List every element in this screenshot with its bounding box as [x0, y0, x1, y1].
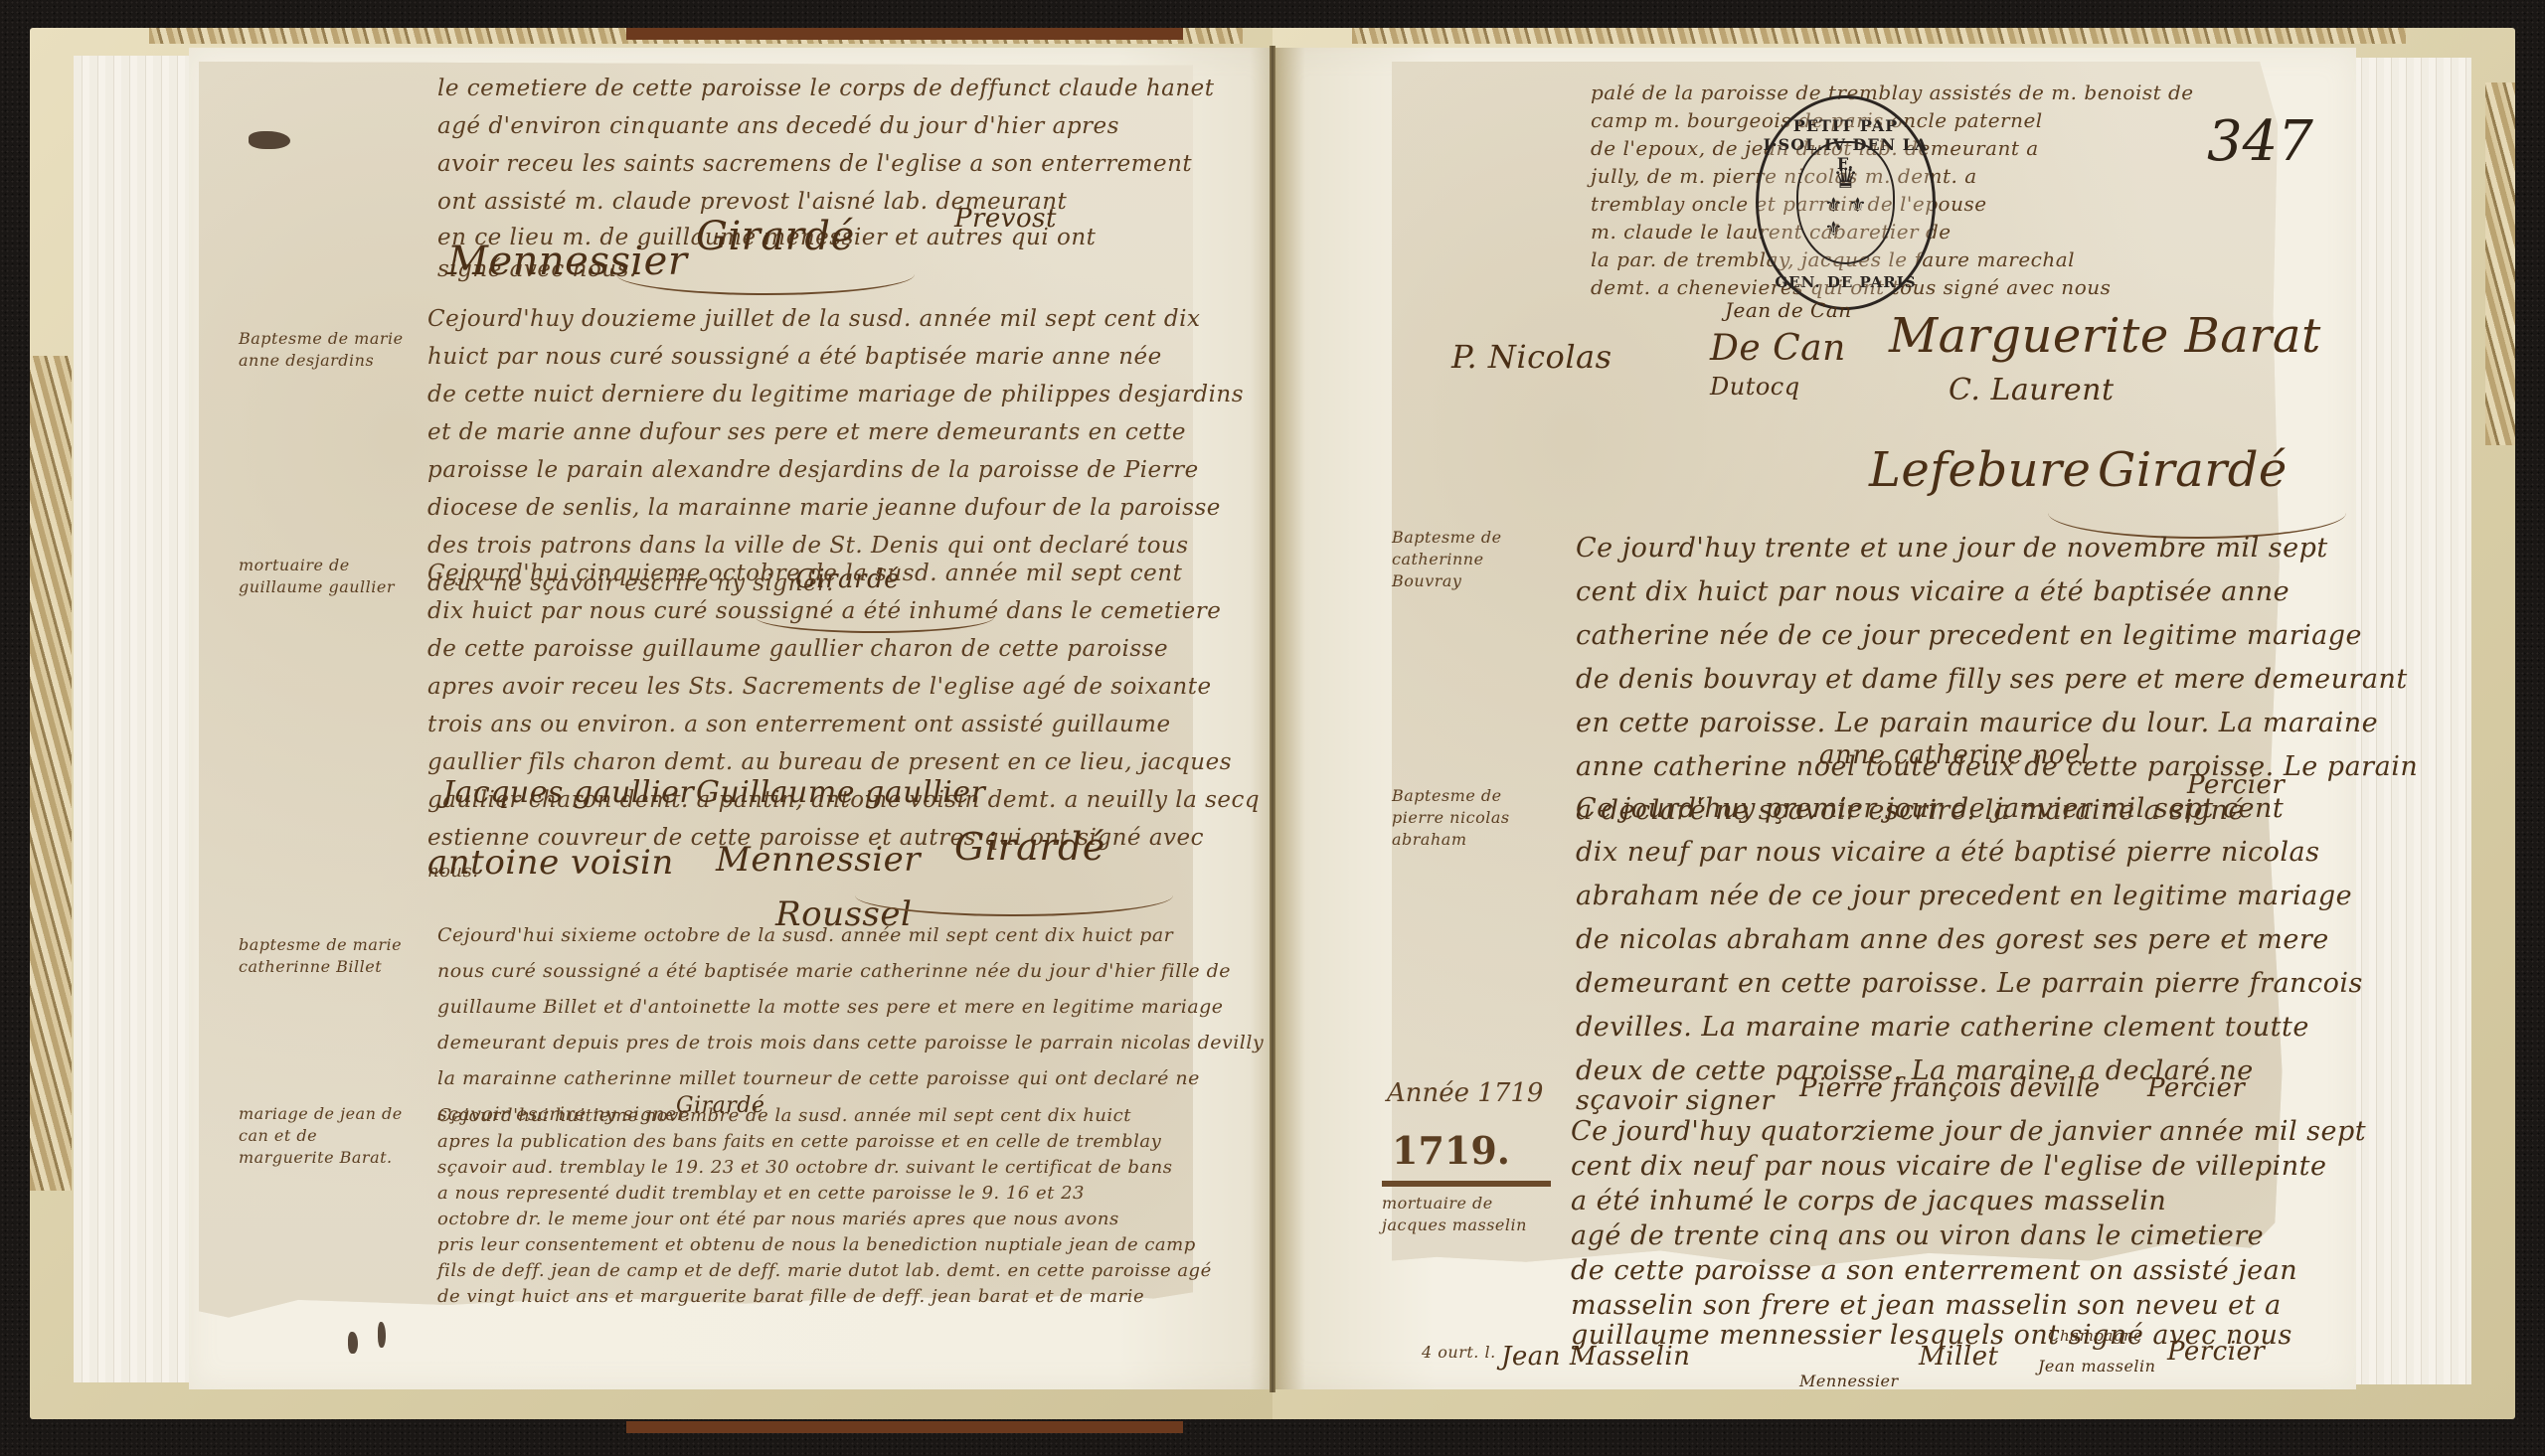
signature: Girardé: [954, 825, 1105, 869]
text-line: de vingt huict ans et marguerite barat f…: [437, 1282, 1144, 1312]
text-line: trois ans ou environ. a son enterrement …: [427, 704, 1171, 745]
signature: Prevost: [954, 204, 1057, 234]
stamp-top-text: PETIT PAP I·SOL.IV DEN LA F.: [1759, 116, 1933, 173]
ink-mark: [348, 1332, 358, 1354]
signature: De Can: [1710, 328, 1846, 369]
signature: Mennessier: [716, 840, 921, 880]
text-line: agé d'environ cinquante ans decedé du jo…: [437, 105, 1119, 147]
marbled-endpaper-top-right: [1352, 28, 2406, 44]
signature: Percier: [2167, 1337, 2265, 1367]
text-line: catherine née de ce jour precedent en le…: [1576, 612, 2362, 660]
text-line: diocese de senlis, la marainne marie jea…: [427, 487, 1221, 529]
text-line: palé de la paroisse de tremblay assistés…: [1591, 78, 2194, 107]
text-line: le cemetiere de cette paroisse le corps …: [437, 68, 1215, 109]
text-line: de cette paroisse guillaume gaullier cha…: [427, 628, 1168, 670]
leather-spine-bottom: [626, 1421, 1183, 1433]
ink-blot: [249, 131, 290, 149]
stamp-bottom-text: GEN. DE PARIS: [1759, 273, 1933, 291]
margin-note: Baptesme de pierre nicolas abraham: [1392, 785, 1541, 851]
leather-spine-top: [626, 28, 1183, 40]
page-stack-left: [74, 56, 194, 1382]
text-line: dix neuf par nous vicaire a été baptisé …: [1576, 829, 2320, 877]
signature: Guillaume gaullier: [696, 775, 985, 810]
signature: Jean masselin: [2038, 1357, 2155, 1375]
signature: Champagne: [2048, 1327, 2143, 1345]
text-line: paroisse le parain alexandre desjardins …: [427, 449, 1199, 491]
margin-note: Baptesme de marie anne desjardins: [239, 328, 418, 372]
signature: Jean Masselin: [1501, 1342, 1690, 1372]
signature: Lefebure: [1869, 442, 2091, 498]
text-line: et de marie anne dufour ses pere et mere…: [427, 411, 1186, 453]
page-number: 347: [2207, 109, 2313, 174]
year-heading: 1719.: [1392, 1128, 1510, 1173]
text-line: huict par nous curé soussigné a été bapt…: [427, 336, 1162, 378]
book-gutter: [1270, 46, 1275, 1392]
text-line: cent dix huict par nous vicaire a été ba…: [1576, 568, 2290, 616]
footnote: 4 ourt. l.: [1422, 1342, 1496, 1364]
text-line: avoir receu les saints sacremens de l'eg…: [437, 143, 1192, 185]
margin-note: mortuaire de guillaume gaullier: [239, 555, 427, 598]
marbled-endpaper-left: [30, 356, 72, 1191]
signature: Jean de Can: [1725, 298, 1852, 322]
text-line: dix huict par nous curé soussigné a été …: [427, 590, 1221, 632]
text-line: abraham née de ce jour precedent en legi…: [1576, 873, 2352, 920]
year-underline: [1382, 1181, 1551, 1187]
signature: anne catherine noel: [1819, 740, 2090, 770]
text-line: Ce jourd'huy trente et une jour de novem…: [1576, 525, 2328, 572]
royal-tax-stamp: PETIT PAP I·SOL.IV DEN LA F. ♛ ⚜ ⚜⚜ GEN.…: [1756, 95, 1936, 310]
text-line: Cejourd'hui cinquieme octobre de la susd…: [427, 553, 1182, 594]
text-line: demeurant en cette paroisse. Le parrain …: [1576, 960, 2363, 1008]
signature-flourish: [616, 253, 915, 295]
margin-note: baptesme de marie catherinne Billet: [239, 934, 413, 978]
margin-note: Baptesme de catherinne Bouvray: [1392, 527, 1551, 592]
text-line: apres avoir receu les Sts. Sacrements de…: [427, 666, 1212, 708]
signature: Millet: [1919, 1342, 1998, 1372]
margin-note: mortuaire de jacques masselin: [1382, 1193, 1551, 1236]
marbled-endpaper-right: [2485, 82, 2515, 445]
signature: Dutocq: [1710, 373, 1800, 401]
signature: Mennessier: [1799, 1372, 1899, 1390]
signature: Percier: [2147, 1073, 2245, 1103]
signature: Marguerite Barat: [1889, 308, 2321, 364]
text-line: Cejourd'huy douzieme juillet de la susd.…: [427, 298, 1200, 340]
text-line: Ce jourd'huy premier jour de janvier mil…: [1576, 785, 2284, 833]
signature: P. Nicolas: [1451, 338, 1612, 376]
signature: Jacques gaullier: [442, 775, 694, 810]
text-line: de denis bouvray et dame filly ses pere …: [1576, 656, 2408, 704]
ink-mark: [378, 1322, 386, 1348]
text-line: de nicolas abraham anne des gorest ses p…: [1576, 916, 2329, 964]
signature: C. Laurent: [1949, 373, 2115, 407]
signature: Pierre françois deville: [1799, 1073, 2101, 1103]
text-line: de cette nuict derniere du legitime mari…: [427, 374, 1244, 415]
text-line: devilles. La maraine marie catherine cle…: [1576, 1004, 2309, 1052]
margin-note: mariage de jean de can et de marguerite …: [239, 1103, 413, 1169]
year-heading-script: Année 1719: [1387, 1078, 1543, 1108]
signature-flourish: [855, 875, 1173, 916]
signature: antoine voisin: [427, 843, 674, 883]
